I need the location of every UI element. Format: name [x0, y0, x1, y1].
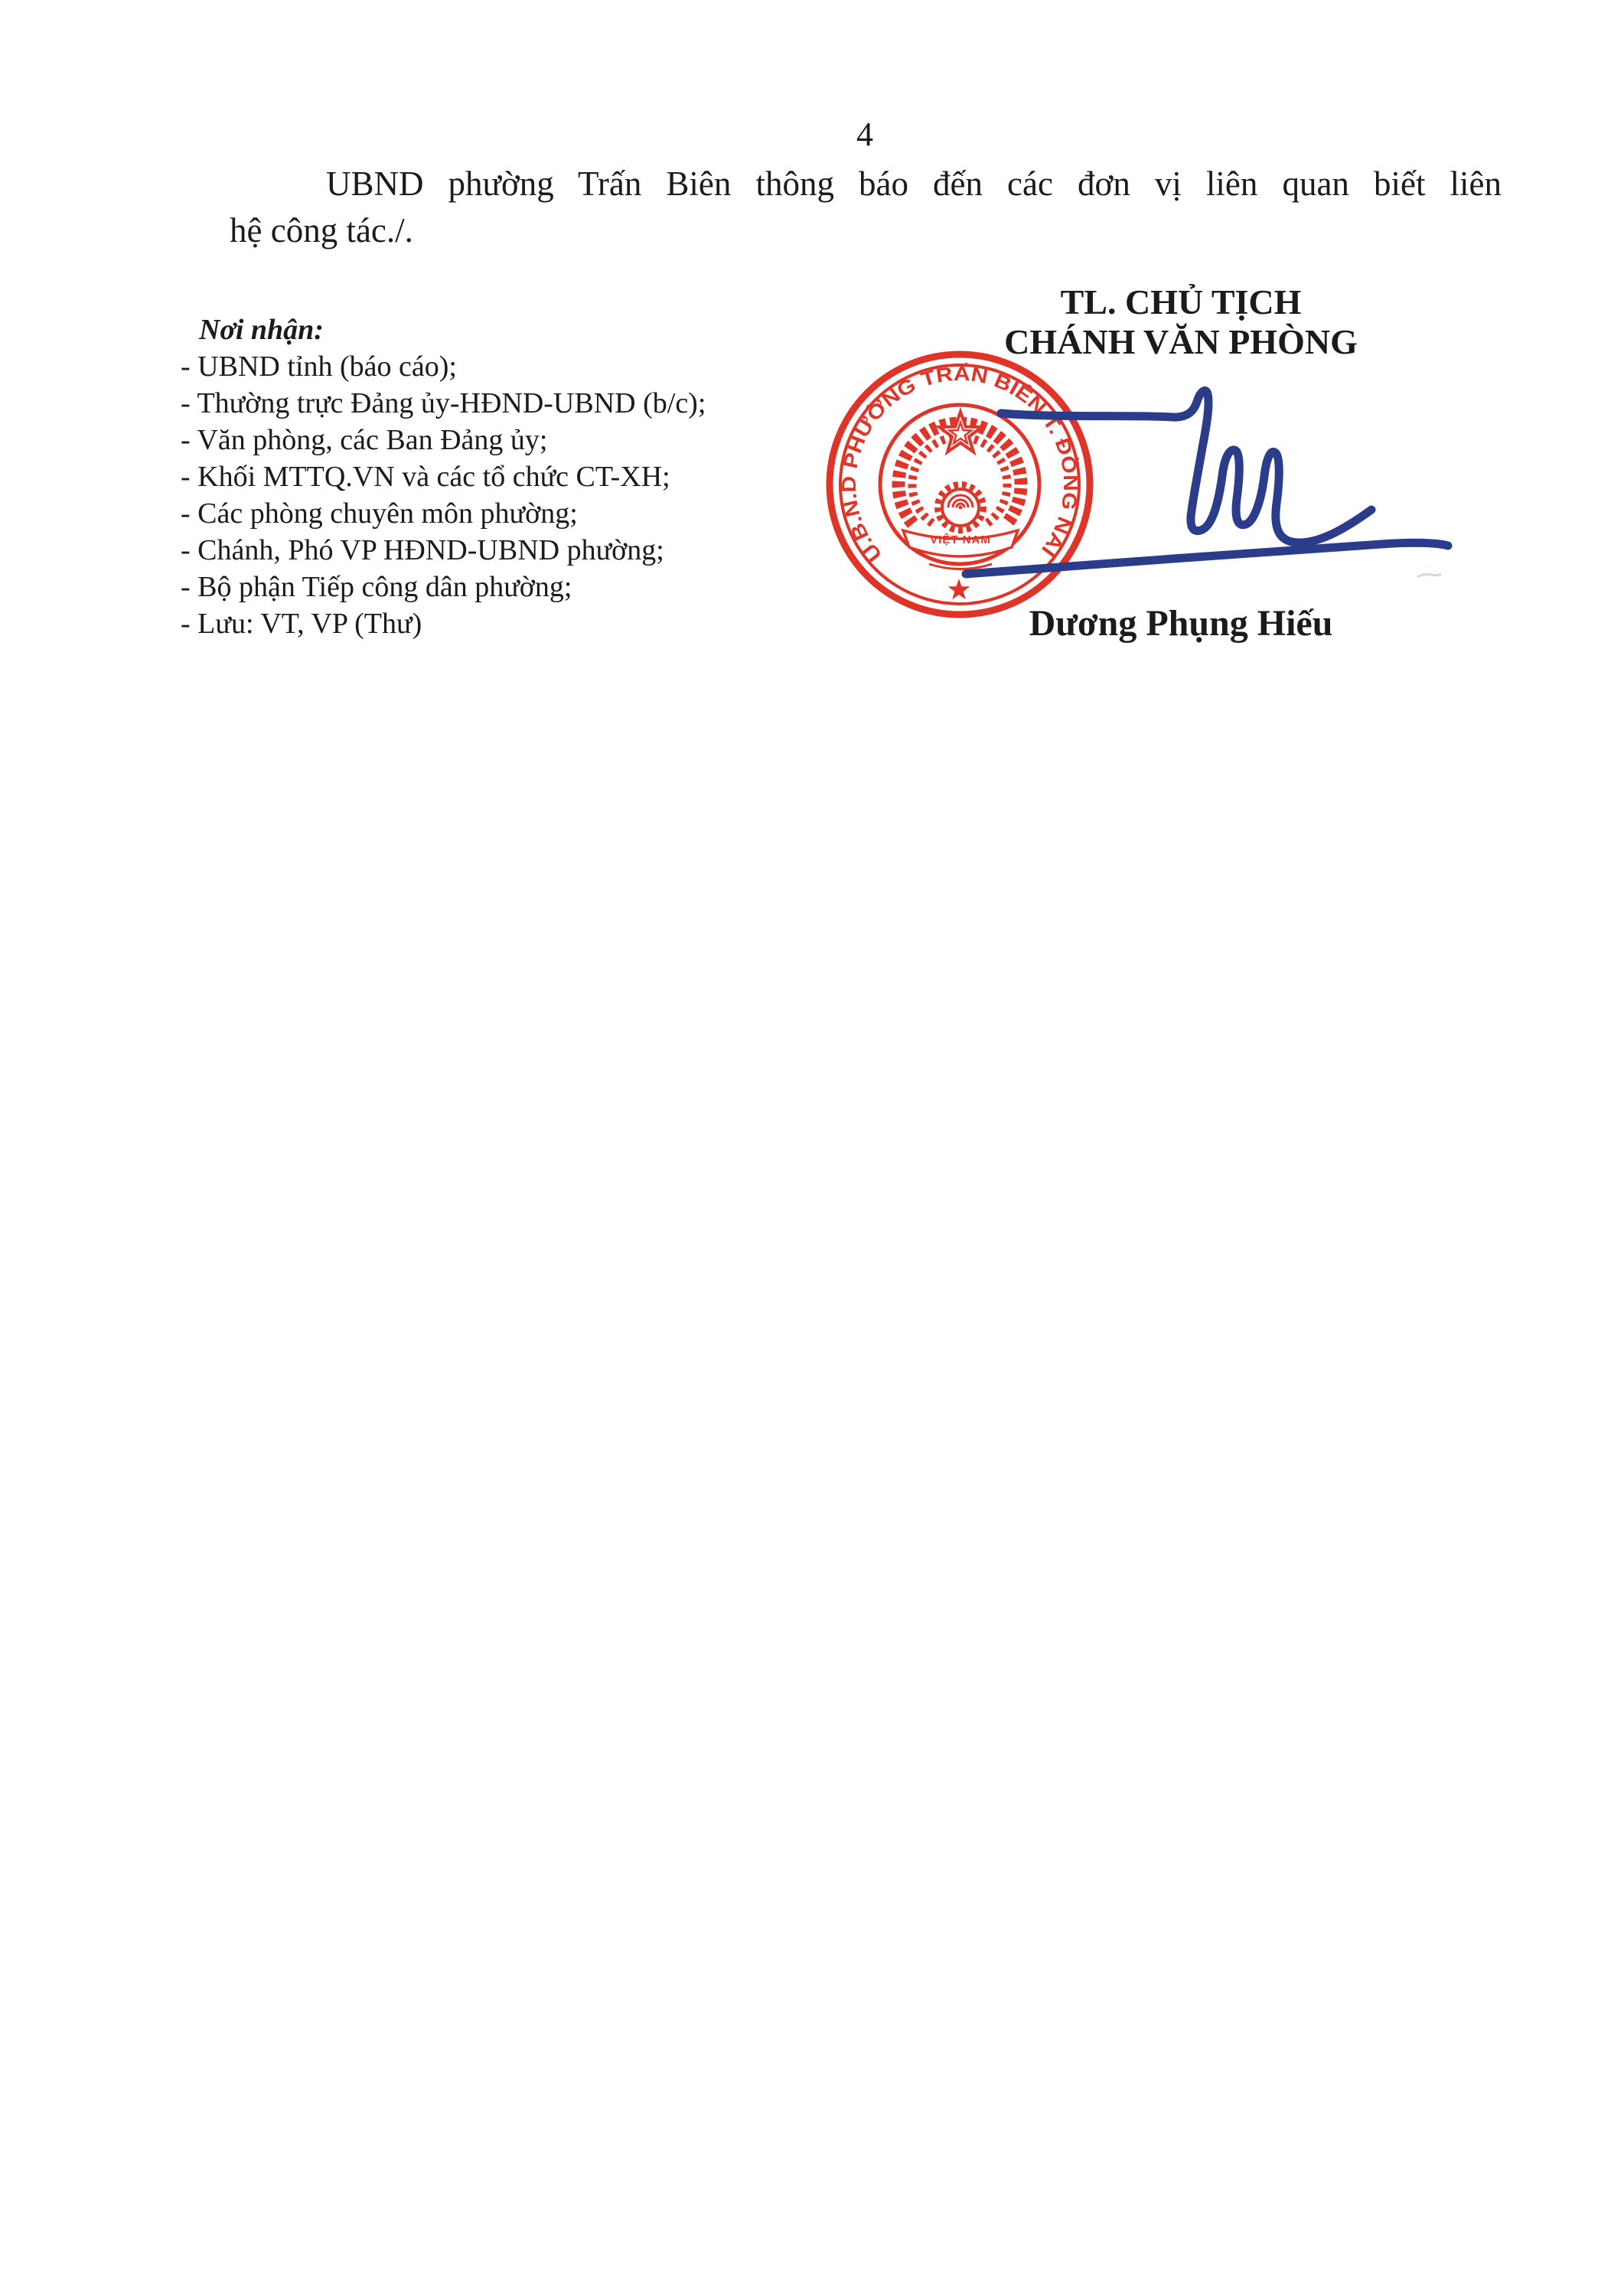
signature-flourish [1001, 390, 1371, 543]
recipient-item: - UBND tỉnh (báo cáo); [181, 348, 706, 385]
recipient-item: - Các phòng chuyên môn phường; [181, 495, 706, 532]
recipients-block: Nơi nhận: - UBND tỉnh (báo cáo); - Thườn… [181, 311, 706, 642]
recipient-item: - Thường trực Đảng ủy-HĐND-UBND (b/c); [181, 385, 706, 422]
document-page: 4 UBND phường Trấn Biên thông báo đến cá… [0, 0, 1624, 2296]
recipient-item: - Chánh, Phó VP HĐND-UBND phường; [181, 532, 706, 569]
recipient-item: - Lưu: VT, VP (Thư) [181, 605, 706, 642]
recipient-item: - Văn phòng, các Ban Đảng ủy; [181, 422, 706, 458]
recipients-label: Nơi nhận: [181, 311, 706, 348]
signer-name: Dương Phụng Hiếu [911, 602, 1451, 644]
body-paragraph: UBND phường Trấn Biên thông báo đến các … [230, 161, 1502, 254]
ink-smudge [1417, 574, 1441, 577]
paragraph-line-2: hệ công tác./. [230, 207, 1502, 254]
signature-underline [966, 543, 1448, 574]
recipient-item: - Khối MTTQ.VN và các tổ chức CT-XH; [181, 458, 706, 495]
paragraph-line-1: UBND phường Trấn Biên thông báo đến các … [230, 161, 1502, 207]
signer-title-line1: TL. CHỦ TỊCH [911, 282, 1451, 322]
page-number: 4 [230, 115, 1500, 154]
recipient-item: - Bộ phận Tiếp công dân phường; [181, 569, 706, 605]
